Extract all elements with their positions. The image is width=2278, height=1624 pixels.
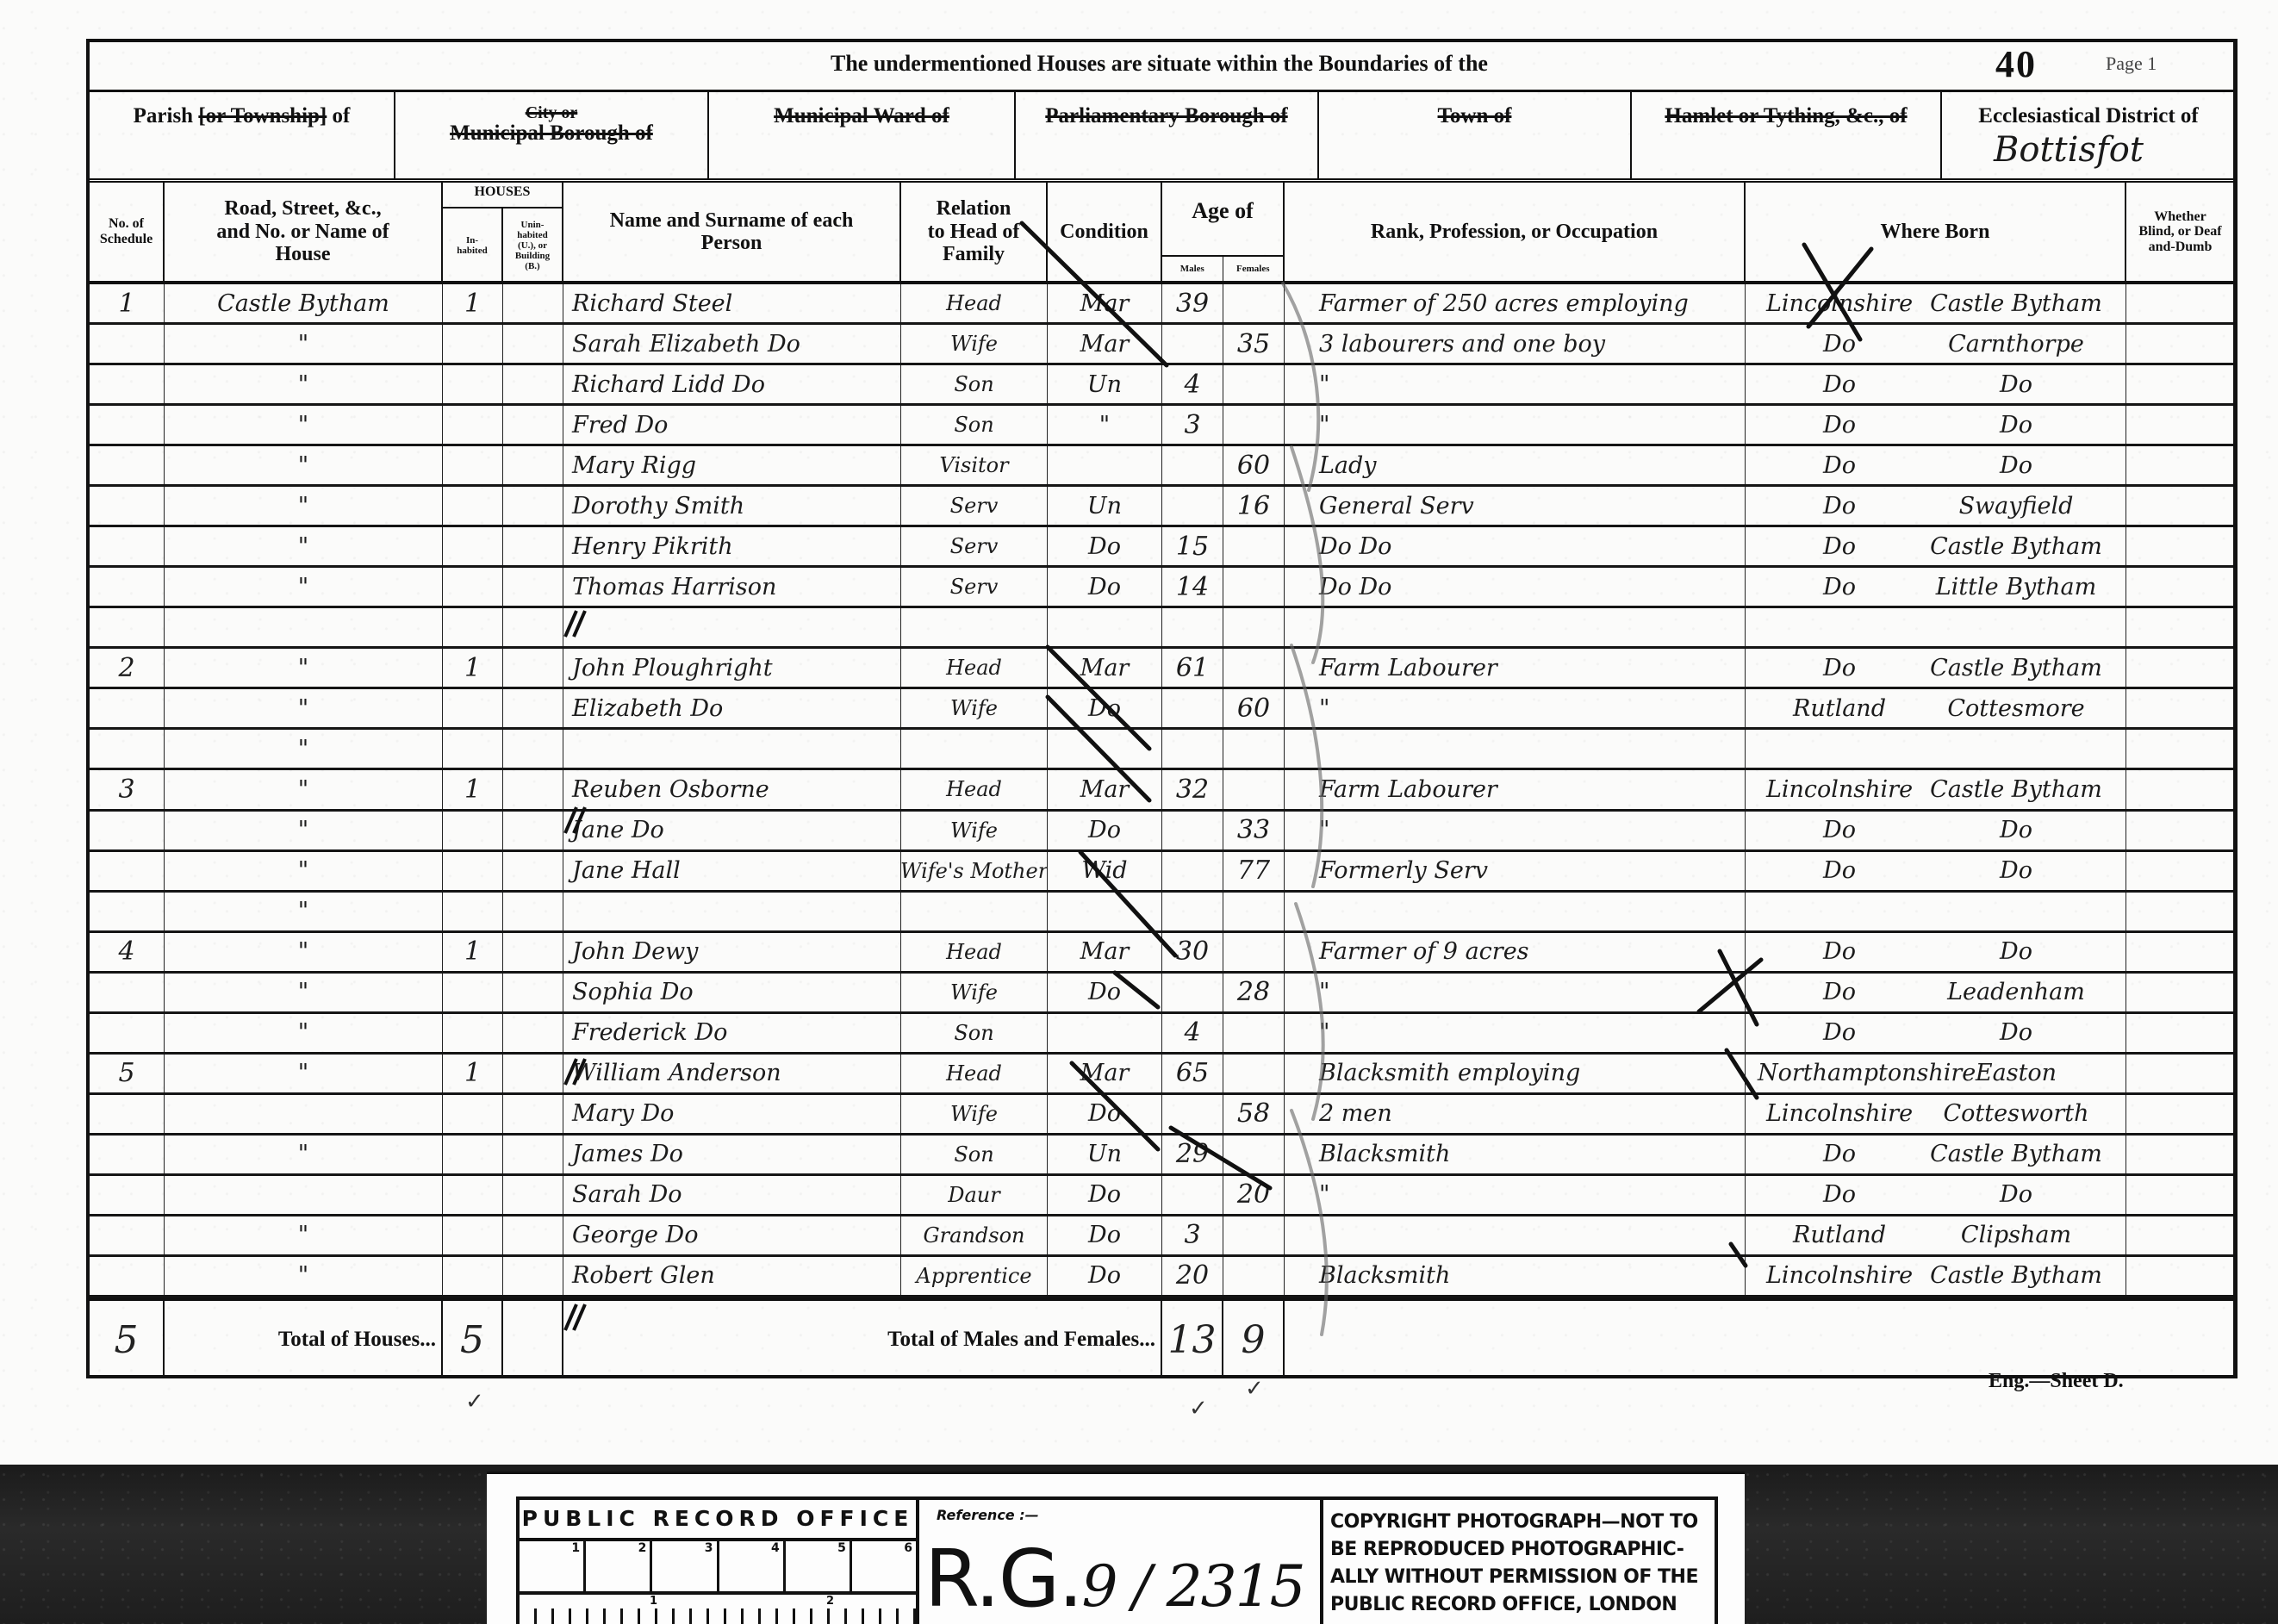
table-row: Sarah Do Daur Do 20 " Do Do bbox=[90, 1176, 2233, 1216]
census-rows: 1 Castle Bytham 1 Richard Steel Head Mar… bbox=[90, 284, 2233, 1297]
condition: Un bbox=[1048, 1136, 1162, 1173]
header-inhabited-line1: In- bbox=[466, 235, 478, 246]
ruler-scale-bottom: 1 2 bbox=[520, 1595, 916, 1624]
condition bbox=[1048, 608, 1162, 646]
person-name: Jane Hall bbox=[563, 852, 901, 890]
total-houses-uninhabited bbox=[503, 1301, 563, 1378]
occupation bbox=[1285, 1216, 1746, 1254]
header-relation-line2: to Head of bbox=[928, 221, 1020, 243]
reference-label: Reference :— bbox=[937, 1507, 1039, 1523]
schedule-number: 5 bbox=[90, 1055, 165, 1092]
person-name: Robert Glen bbox=[563, 1257, 901, 1295]
table-row: 1 Castle Bytham 1 Richard Steel Head Mar… bbox=[90, 284, 2233, 325]
age-male: 3 bbox=[1162, 1216, 1223, 1254]
occupation bbox=[1285, 893, 1746, 930]
schedule-number bbox=[90, 365, 165, 403]
born-county: Lincolnshire bbox=[1758, 776, 1921, 803]
condition: Do bbox=[1048, 527, 1162, 565]
houses-uninhabited bbox=[503, 852, 563, 890]
houses-uninhabited bbox=[503, 812, 563, 849]
header-blind-line3: and-Dumb bbox=[2149, 240, 2213, 255]
where-born: Do Castle Bytham bbox=[1746, 649, 2126, 687]
schedule-number: 4 bbox=[90, 933, 165, 971]
born-place: Cottesmore bbox=[1921, 695, 2111, 722]
condition: Do bbox=[1048, 1176, 1162, 1214]
born-county: Do bbox=[1758, 655, 1921, 681]
ruler-mark: 6 bbox=[852, 1541, 916, 1591]
table-row bbox=[90, 608, 2233, 649]
relation-to-head: Serv bbox=[901, 568, 1048, 606]
header-blind: Whether Blind, or Deaf and-Dumb bbox=[2126, 183, 2234, 281]
condition: Mar bbox=[1048, 325, 1162, 363]
condition: " bbox=[1048, 406, 1162, 444]
schedule-number bbox=[90, 812, 165, 849]
header-uninhabited-line3: (U.), or bbox=[518, 240, 547, 251]
table-row: " bbox=[90, 893, 2233, 933]
born-place: Castle Bytham bbox=[1921, 776, 2111, 803]
copyright-line: ALLY WITHOUT PERMISSION OF THE bbox=[1330, 1564, 1708, 1591]
age-male bbox=[1162, 1176, 1223, 1214]
table-row: " Mary Rigg Visitor 60 Lady Do Do bbox=[90, 446, 2233, 487]
where-born: Lincolnshire Castle Bytham bbox=[1746, 1257, 2126, 1295]
folio-number: 40 bbox=[1995, 42, 2037, 86]
road-name: " bbox=[165, 365, 443, 403]
road-name bbox=[165, 608, 443, 646]
houses-inhabited bbox=[443, 1014, 503, 1052]
houses-inhabited bbox=[443, 1136, 503, 1173]
person-name: John Ploughright bbox=[563, 649, 901, 687]
houses-uninhabited bbox=[503, 1014, 563, 1052]
table-row: " Elizabeth Do Wife Do 60 " Rutland Cott… bbox=[90, 689, 2233, 730]
district-municipal-ward: Municipal Ward of bbox=[709, 92, 1016, 178]
person-name: Elizabeth Do bbox=[563, 689, 901, 727]
where-born: Do Swayfield bbox=[1746, 487, 2126, 525]
header-blind-line2: Blind, or Deaf bbox=[2138, 224, 2221, 240]
houses-inhabited: 1 bbox=[443, 933, 503, 971]
age-female: 35 bbox=[1223, 325, 1285, 363]
condition: Mar bbox=[1048, 933, 1162, 971]
born-county: Lincolnshire bbox=[1758, 1262, 1921, 1289]
road-name: " bbox=[165, 770, 443, 808]
total-persons-label: Total of Males and Females... bbox=[887, 1328, 1155, 1352]
ruler-scale-top: 1 2 3 4 5 6 bbox=[520, 1541, 916, 1595]
where-born: Do Carnthorpe bbox=[1746, 325, 2126, 363]
header-uninhabited-line5: (B.) bbox=[525, 261, 539, 271]
table-row: " James Do Son Un 29 Blacksmith Do Castl… bbox=[90, 1136, 2233, 1176]
header-age-males: Males bbox=[1162, 257, 1223, 281]
houses-inhabited bbox=[443, 689, 503, 727]
occupation: " bbox=[1285, 812, 1746, 849]
relation-to-head: Wife bbox=[901, 974, 1048, 1011]
person-name: James Do bbox=[563, 1136, 901, 1173]
relation-to-head: Son bbox=[901, 1014, 1048, 1052]
blind-deaf-dumb bbox=[2126, 1055, 2234, 1092]
road-name: " bbox=[165, 974, 443, 1011]
houses-inhabited: 1 bbox=[443, 1055, 503, 1092]
where-born: Lincolnshire Cottesworth bbox=[1746, 1095, 2126, 1133]
born-county: Do bbox=[1758, 412, 1921, 439]
relation-to-head: Son bbox=[901, 1136, 1048, 1173]
person-name: Dorothy Smith bbox=[563, 487, 901, 525]
where-born: Do Do bbox=[1746, 446, 2126, 484]
born-place: Do bbox=[1921, 1181, 2111, 1208]
houses-uninhabited bbox=[503, 730, 563, 768]
public-record-office-card: PUBLIC RECORD OFFICE 1 2 3 4 5 6 1 2 Ref… bbox=[487, 1472, 1745, 1624]
road-name: " bbox=[165, 527, 443, 565]
column-header-row: No. of Schedule Road, Street, &c., and N… bbox=[90, 183, 2233, 284]
houses-inhabited bbox=[443, 487, 503, 525]
form-title-row: The undermentioned Houses are situate wi… bbox=[90, 42, 2233, 92]
age-female: 20 bbox=[1223, 1176, 1285, 1214]
blind-deaf-dumb bbox=[2126, 933, 2234, 971]
occupation: Farmer of 250 acres employing bbox=[1285, 284, 1746, 322]
total-persons-label-cell: Total of Males and Females... bbox=[563, 1301, 1162, 1378]
township-struck-label: [or Township] bbox=[198, 104, 327, 128]
age-female: 60 bbox=[1223, 446, 1285, 484]
age-male bbox=[1162, 1095, 1223, 1133]
blind-deaf-dumb bbox=[2126, 527, 2234, 565]
born-place: Do bbox=[1921, 1019, 2111, 1046]
age-female bbox=[1223, 406, 1285, 444]
census-sheet: The undermentioned Houses are situate wi… bbox=[0, 0, 2278, 1465]
born-county: Do bbox=[1758, 574, 1921, 600]
ruler-mark: 1 bbox=[520, 1541, 586, 1591]
road-name: " bbox=[165, 1055, 443, 1092]
born-county: Northamptonshire bbox=[1758, 1060, 1921, 1086]
total-females: 9 bbox=[1223, 1301, 1285, 1378]
houses-uninhabited bbox=[503, 284, 563, 322]
born-place: Carnthorpe bbox=[1921, 331, 2111, 358]
header-name-line2: Person bbox=[701, 232, 762, 254]
table-row: " Richard Lidd Do Son Un 4 " Do Do bbox=[90, 365, 2233, 406]
condition: Do bbox=[1048, 974, 1162, 1011]
header-age-subcolumns: Males Females bbox=[1162, 255, 1283, 281]
person-name bbox=[563, 730, 901, 768]
houses-uninhabited bbox=[503, 933, 563, 971]
age-male: 32 bbox=[1162, 770, 1223, 808]
totals-blank bbox=[1285, 1301, 2234, 1378]
header-relation: Relation to Head of Family bbox=[901, 183, 1048, 281]
table-row: " Jane Hall Wife's Mother Wid 77 Formerl… bbox=[90, 852, 2233, 893]
houses-uninhabited bbox=[503, 608, 563, 646]
person-name: Sarah Elizabeth Do bbox=[563, 325, 901, 363]
header-inhabited-line2: habited bbox=[457, 246, 487, 256]
relation-to-head: Son bbox=[901, 406, 1048, 444]
table-row: " Thomas Harrison Serv Do 14 Do Do Do Li… bbox=[90, 568, 2233, 608]
schedule-number bbox=[90, 1216, 165, 1254]
age-female: 33 bbox=[1223, 812, 1285, 849]
header-age-females: Females bbox=[1223, 257, 1284, 281]
condition bbox=[1048, 446, 1162, 484]
table-row: " Sarah Elizabeth Do Wife Mar 35 3 labou… bbox=[90, 325, 2233, 365]
age-male: 39 bbox=[1162, 284, 1223, 322]
check-mark-icon: ✓ bbox=[465, 1389, 484, 1415]
road-name: " bbox=[165, 1257, 443, 1295]
born-place: Do bbox=[1921, 452, 2111, 479]
town-struck-label: Town of bbox=[1438, 104, 1512, 128]
person-name: Reuben Osborne bbox=[563, 770, 901, 808]
header-schedule-line1: No. of bbox=[109, 216, 144, 232]
person-name: Thomas Harrison bbox=[563, 568, 901, 606]
condition: Do bbox=[1048, 689, 1162, 727]
schedule-number bbox=[90, 974, 165, 1011]
district-town: Town of bbox=[1319, 92, 1632, 178]
blind-deaf-dumb bbox=[2126, 487, 2234, 525]
age-female bbox=[1223, 1055, 1285, 1092]
born-place: Easton bbox=[1921, 1060, 2111, 1086]
blind-deaf-dumb bbox=[2126, 974, 2234, 1011]
schedule-number bbox=[90, 689, 165, 727]
age-male: 29 bbox=[1162, 1136, 1223, 1173]
reference-prefix: R.G. bbox=[924, 1533, 1081, 1624]
header-schedule: No. of Schedule bbox=[90, 183, 165, 281]
total-schedules: 5 bbox=[90, 1301, 165, 1378]
houses-inhabited bbox=[443, 406, 503, 444]
condition: Do bbox=[1048, 1257, 1162, 1295]
reference-value: R.G.9 / 2315 bbox=[924, 1536, 1304, 1624]
schedule-number bbox=[90, 527, 165, 565]
age-female bbox=[1223, 649, 1285, 687]
houses-uninhabited bbox=[503, 893, 563, 930]
relation-to-head bbox=[901, 730, 1048, 768]
road-name: " bbox=[165, 812, 443, 849]
road-name: " bbox=[165, 730, 443, 768]
ruler-mark: 5 bbox=[786, 1541, 852, 1591]
parish-suffix: of bbox=[333, 104, 351, 128]
road-name: " bbox=[165, 1136, 443, 1173]
blind-deaf-dumb bbox=[2126, 608, 2234, 646]
blind-deaf-dumb bbox=[2126, 365, 2234, 403]
total-houses-label: Total of Houses... bbox=[278, 1328, 436, 1352]
person-name: Richard Steel bbox=[563, 284, 901, 322]
schedule-number bbox=[90, 406, 165, 444]
houses-uninhabited bbox=[503, 446, 563, 484]
age-male bbox=[1162, 974, 1223, 1011]
hamlet-struck-label: Hamlet or Tything, &c., of bbox=[1665, 104, 1907, 128]
where-born: Do Do bbox=[1746, 933, 2126, 971]
born-county: Do bbox=[1758, 371, 1921, 398]
houses-inhabited bbox=[443, 812, 503, 849]
where-born: Do Do bbox=[1746, 1014, 2126, 1052]
blind-deaf-dumb bbox=[2126, 325, 2234, 363]
person-name: Mary Rigg bbox=[563, 446, 901, 484]
person-name: William Anderson bbox=[563, 1055, 901, 1092]
person-name: Frederick Do bbox=[563, 1014, 901, 1052]
houses-inhabited bbox=[443, 974, 503, 1011]
table-row: " Sophia Do Wife Do 28 " Do Leadenham bbox=[90, 974, 2233, 1014]
condition: Do bbox=[1048, 568, 1162, 606]
road-name bbox=[165, 1176, 443, 1214]
occupation bbox=[1285, 730, 1746, 768]
houses-inhabited: 1 bbox=[443, 649, 503, 687]
born-place: Castle Bytham bbox=[1921, 290, 2111, 317]
houses-uninhabited bbox=[503, 689, 563, 727]
header-inhabited: In- habited bbox=[443, 207, 503, 284]
blind-deaf-dumb bbox=[2126, 1216, 2234, 1254]
district-row: Parish [or Township] of City or Municipa… bbox=[90, 92, 2233, 183]
schedule-number bbox=[90, 893, 165, 930]
header-name-line1: Name and Surname of each bbox=[610, 209, 854, 232]
born-county: Do bbox=[1758, 979, 1921, 1005]
form-heading: The undermentioned Houses are situate wi… bbox=[831, 51, 1488, 77]
houses-uninhabited bbox=[503, 365, 563, 403]
born-county: Do bbox=[1758, 533, 1921, 560]
age-male bbox=[1162, 893, 1223, 930]
road-name: " bbox=[165, 568, 443, 606]
relation-to-head: Wife bbox=[901, 1095, 1048, 1133]
header-road-line1: Road, Street, &c., bbox=[224, 197, 381, 220]
houses-uninhabited bbox=[503, 649, 563, 687]
relation-to-head: Head bbox=[901, 933, 1048, 971]
district-parish: Parish [or Township] of bbox=[90, 92, 395, 178]
person-name: Sarah Do bbox=[563, 1176, 901, 1214]
relation-to-head bbox=[901, 608, 1048, 646]
houses-inhabited bbox=[443, 852, 503, 890]
age-male: 20 bbox=[1162, 1257, 1223, 1295]
road-name: " bbox=[165, 325, 443, 363]
header-schedule-line2: Schedule bbox=[100, 232, 152, 247]
age-male: 4 bbox=[1162, 1014, 1223, 1052]
blind-deaf-dumb bbox=[2126, 446, 2234, 484]
total-houses-label-cell: Total of Houses... bbox=[165, 1301, 443, 1378]
condition: Mar bbox=[1048, 284, 1162, 322]
occupation: " bbox=[1285, 406, 1746, 444]
total-houses-inhabited: 5 bbox=[443, 1301, 503, 1378]
pro-office-title: PUBLIC RECORD OFFICE bbox=[520, 1500, 916, 1541]
ruler-mark: 1 bbox=[649, 1595, 658, 1608]
header-where-born-label: Where Born bbox=[1881, 221, 1990, 243]
occupation: 3 labourers and one boy bbox=[1285, 325, 1746, 363]
person-name bbox=[563, 608, 901, 646]
houses-uninhabited bbox=[503, 487, 563, 525]
copyright-line: BE REPRODUCED PHOTOGRAPHIC- bbox=[1330, 1536, 1708, 1564]
schedule-number bbox=[90, 852, 165, 890]
road-name bbox=[165, 1095, 443, 1133]
schedule-number: 2 bbox=[90, 649, 165, 687]
person-name bbox=[563, 893, 901, 930]
header-age-title: Age of bbox=[1162, 198, 1283, 224]
condition: Wid bbox=[1048, 852, 1162, 890]
occupation bbox=[1285, 608, 1746, 646]
relation-to-head: Head bbox=[901, 284, 1048, 322]
header-road-line2: and No. or Name of bbox=[216, 221, 389, 243]
born-county: Do bbox=[1758, 493, 1921, 520]
houses-uninhabited bbox=[503, 1055, 563, 1092]
houses-inhabited bbox=[443, 893, 503, 930]
age-female: 60 bbox=[1223, 689, 1285, 727]
houses-uninhabited bbox=[503, 568, 563, 606]
relation-to-head: Wife's Mother bbox=[901, 852, 1048, 890]
condition: Mar bbox=[1048, 1055, 1162, 1092]
relation-to-head: Wife bbox=[901, 325, 1048, 363]
blind-deaf-dumb bbox=[2126, 812, 2234, 849]
occupation: Do Do bbox=[1285, 527, 1746, 565]
header-road: Road, Street, &c., and No. or Name of Ho… bbox=[165, 183, 443, 281]
person-name: Mary Do bbox=[563, 1095, 901, 1133]
houses-inhabited bbox=[443, 1176, 503, 1214]
age-female: 58 bbox=[1223, 1095, 1285, 1133]
blind-deaf-dumb bbox=[2126, 1257, 2234, 1295]
occupation: Formerly Serv bbox=[1285, 852, 1746, 890]
occupation: Blacksmith bbox=[1285, 1136, 1746, 1173]
houses-inhabited bbox=[443, 608, 503, 646]
houses-inhabited bbox=[443, 568, 503, 606]
blind-deaf-dumb bbox=[2126, 568, 2234, 606]
relation-to-head: Visitor bbox=[901, 446, 1048, 484]
where-born: Do Do bbox=[1746, 812, 2126, 849]
age-male: 4 bbox=[1162, 365, 1223, 403]
reference-section: Reference :— R.G.9 / 2315 bbox=[919, 1500, 1323, 1624]
age-female bbox=[1223, 1216, 1285, 1254]
road-name: " bbox=[165, 1216, 443, 1254]
district-hamlet: Hamlet or Tything, &c., of bbox=[1632, 92, 1942, 178]
schedule-number bbox=[90, 608, 165, 646]
ruler-mark: 3 bbox=[652, 1541, 719, 1591]
age-female bbox=[1223, 284, 1285, 322]
total-schedules-value: 5 bbox=[115, 1318, 139, 1362]
ruler-mark: 2 bbox=[825, 1595, 835, 1608]
born-place: Castle Bytham bbox=[1921, 533, 2111, 560]
header-age-group: Age of Males Females bbox=[1162, 183, 1285, 281]
header-where-born: Where Born bbox=[1746, 183, 2126, 281]
where-born: Do Do bbox=[1746, 852, 2126, 890]
pro-office-section: PUBLIC RECORD OFFICE 1 2 3 4 5 6 1 2 bbox=[520, 1500, 919, 1624]
header-occupation: Rank, Profession, or Occupation bbox=[1285, 183, 1746, 281]
blind-deaf-dumb bbox=[2126, 1014, 2234, 1052]
houses-inhabited bbox=[443, 527, 503, 565]
occupation: Farm Labourer bbox=[1285, 649, 1746, 687]
header-uninhabited-line2: habited bbox=[517, 230, 547, 240]
relation-to-head: Head bbox=[901, 770, 1048, 808]
age-male bbox=[1162, 325, 1223, 363]
houses-uninhabited bbox=[503, 1176, 563, 1214]
header-occupation-label: Rank, Profession, or Occupation bbox=[1371, 221, 1658, 243]
schedule-number: 1 bbox=[90, 284, 165, 322]
age-male bbox=[1162, 689, 1223, 727]
header-houses-group: HOUSES In- habited Unin- habited (U.), o… bbox=[443, 183, 563, 281]
born-place: Castle Bytham bbox=[1921, 1141, 2111, 1167]
relation-to-head: Son bbox=[901, 365, 1048, 403]
where-born: Do Leadenham bbox=[1746, 974, 2126, 1011]
age-female bbox=[1223, 568, 1285, 606]
header-relation-line1: Relation bbox=[937, 197, 1011, 220]
born-county: Do bbox=[1758, 331, 1921, 358]
check-mark-icon: ✓ bbox=[1189, 1396, 1208, 1422]
houses-uninhabited bbox=[503, 406, 563, 444]
born-county: Do bbox=[1758, 1181, 1921, 1208]
table-row: " George Do Grandson Do 3 Rutland Clipsh… bbox=[90, 1216, 2233, 1257]
person-name: Henry Pikrith bbox=[563, 527, 901, 565]
age-female bbox=[1223, 893, 1285, 930]
schedule-number bbox=[90, 487, 165, 525]
road-name: " bbox=[165, 689, 443, 727]
schedule-number bbox=[90, 325, 165, 363]
born-county: Lincolnshire bbox=[1758, 1100, 1921, 1127]
houses-inhabited bbox=[443, 1095, 503, 1133]
header-uninhabited-line4: Building bbox=[515, 251, 550, 261]
total-males-value: 13 bbox=[1168, 1318, 1217, 1362]
born-county: Do bbox=[1758, 857, 1921, 884]
occupation: " bbox=[1285, 365, 1746, 403]
condition bbox=[1048, 893, 1162, 930]
occupation: Blacksmith employing bbox=[1285, 1055, 1746, 1092]
person-name: Jane Do bbox=[563, 812, 901, 849]
city-struck-label: City or bbox=[395, 104, 707, 121]
age-female: 28 bbox=[1223, 974, 1285, 1011]
condition bbox=[1048, 730, 1162, 768]
table-row: 5 " 1 William Anderson Head Mar 65 Black… bbox=[90, 1055, 2233, 1095]
blind-deaf-dumb bbox=[2126, 649, 2234, 687]
